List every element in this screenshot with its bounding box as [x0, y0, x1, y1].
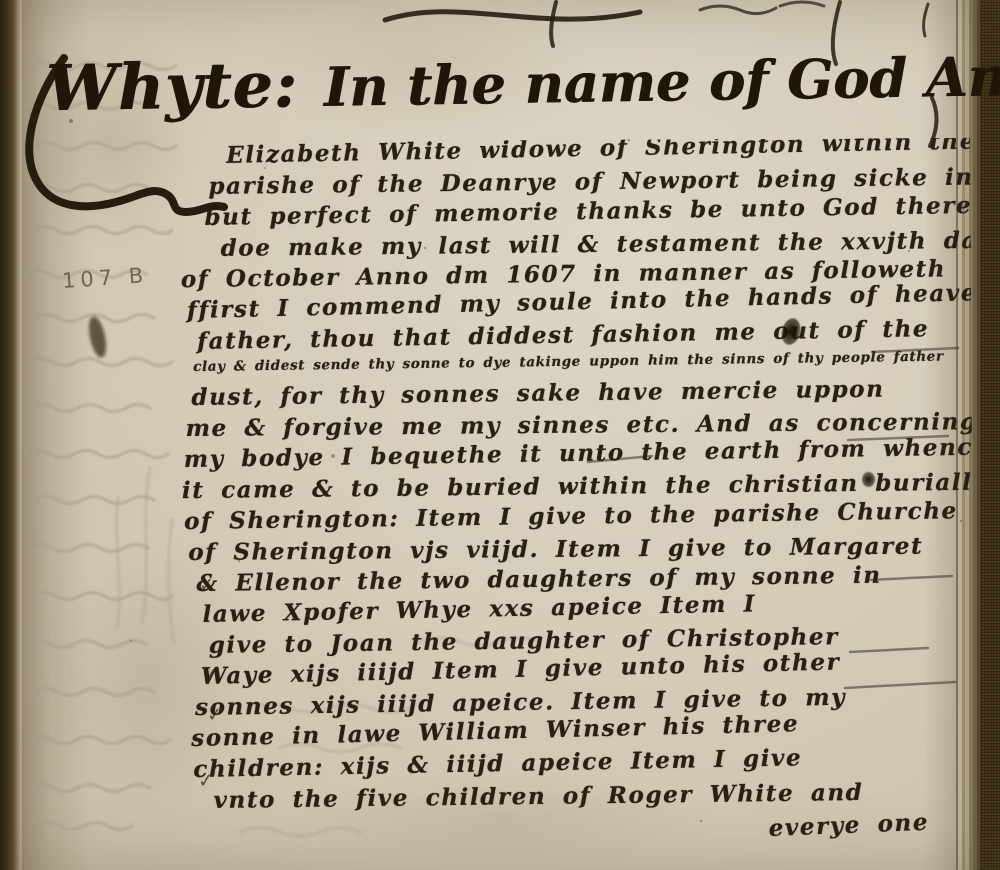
heading-surname: Whyte:: [45, 47, 298, 125]
ink-blot: [862, 472, 875, 487]
paper-specks: [424, 247, 426, 249]
manuscript-line: everye one: [768, 807, 974, 846]
will-heading: Whyte: In the name of God Amen: [45, 37, 976, 126]
will-body-text: Elizabeth White widowe of Sherington wit…: [180, 138, 974, 858]
manuscript-page: Whyte: In the name of God Amen 107 B ✓ ✓…: [0, 0, 1000, 870]
heading-invocation: In the name of God Amen: [323, 43, 1000, 121]
